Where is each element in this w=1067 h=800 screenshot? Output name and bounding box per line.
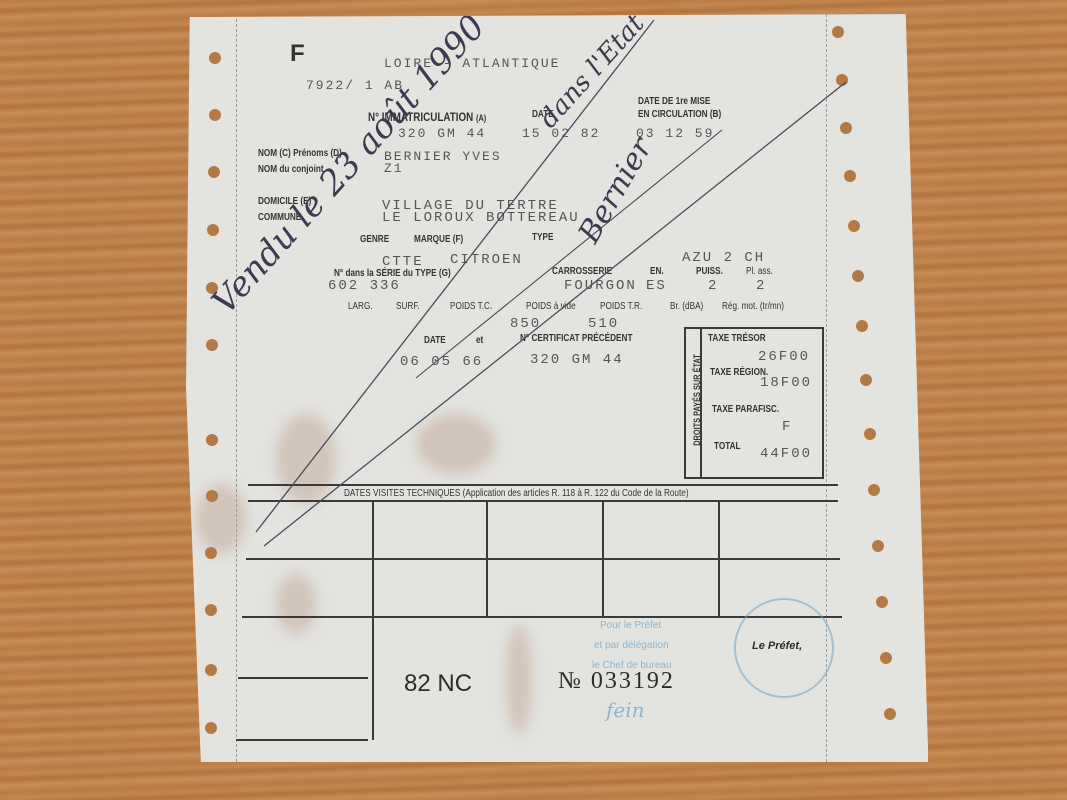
registration-card: F LOIRE - ATLANTIQUE 7922/ 1 AB N° IMMAT… (186, 14, 928, 762)
